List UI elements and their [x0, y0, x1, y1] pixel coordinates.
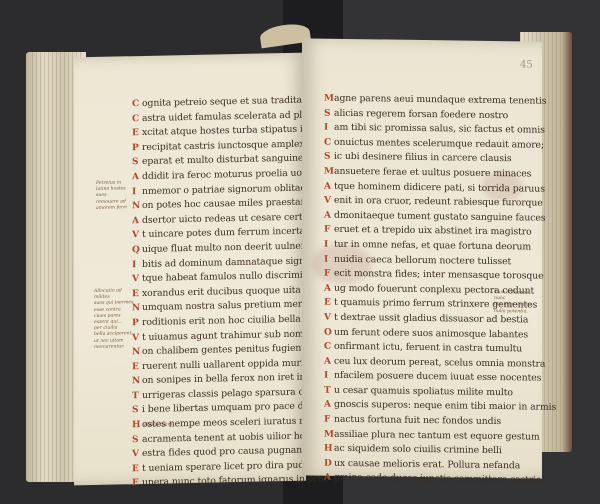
rubric-initial: F [324, 415, 334, 425]
verse-text: dsertor uicto redeas ut cesare certe [142, 211, 308, 225]
right-text-column: Magne parens aeui mundaque extrema tenen… [324, 93, 494, 489]
left-margin-gloss-1: Petreius in latine hostes suos remouere … [96, 180, 136, 212]
verse-text: tque hominem didicere pati, si torrida p… [334, 180, 545, 194]
rubric-initial: C [324, 342, 334, 352]
rubric-initial: C [132, 114, 142, 124]
verse-text: dmonitaeque tument gustato sanguine fauc… [334, 210, 545, 224]
rubric-initial: N [132, 376, 142, 386]
rubric-initial: F [324, 225, 334, 235]
rubric-initial: I [324, 240, 334, 250]
manuscript-book: Petreius in latine hostes suos remouere … [0, 0, 600, 504]
rubric-initial: H [324, 444, 334, 454]
rubric-initial: A [132, 172, 142, 182]
rubric-initial: N [132, 201, 142, 211]
rubric-initial: A [324, 400, 334, 410]
rubric-initial: P [132, 143, 142, 153]
rubric-initial: E [324, 298, 334, 308]
verse-text: eruet et a trepido uix abstinet ira magi… [334, 224, 532, 238]
verse-text: u cesar quamuis spoliatus milite multo [334, 385, 513, 398]
verse-text: ux causae melioris erat. Pollura nefanda [334, 458, 520, 472]
left-margin-gloss-2: Allocutio ad milites suos qui inermes es… [94, 288, 136, 351]
rubric-initial: S [132, 157, 142, 167]
rubric-initial: F [132, 478, 142, 488]
rubric-initial: S [132, 405, 142, 415]
rubric-initial: V [324, 196, 334, 206]
rubric-initial: S [132, 435, 142, 445]
rubric-initial: H [132, 420, 142, 430]
rubric-initial: C [324, 137, 334, 147]
rubric-initial: V [324, 313, 334, 323]
verse-text: ruerent nulli uallarent oppida muri [142, 357, 304, 371]
rubric-initial: C [132, 99, 142, 109]
folio-number: 45 [520, 59, 533, 70]
verse-text: gnoscis superos: neque enim tibi maior i… [334, 399, 556, 413]
verse-text: am tibi sic promissa salus, sic factus e… [334, 122, 545, 136]
rubric-initial: V [132, 274, 142, 284]
rubric-initial: A [324, 283, 334, 293]
gloss-line: amorem ferri [96, 205, 136, 212]
verse-text: ecit monstra fides; inter mensasque toro… [334, 268, 544, 282]
verse-text: ddidit ira feroc moturus proelia uocem [142, 167, 321, 182]
rubric-initial: A [132, 216, 142, 226]
gloss-line: mercarentur. [94, 344, 136, 351]
gloss-line: latine hostes suos [96, 186, 136, 199]
verse-text: ic ubi desinere filius in carcere clausi… [334, 151, 512, 164]
rubric-initial: I [324, 123, 334, 133]
rubric-initial: P [132, 318, 142, 328]
verse-text: tur in omne nefas, et quae fortuna deoru… [334, 239, 531, 253]
rubric-initial: I [132, 187, 142, 197]
verse-text: assiliae plura nec tantum est equore ges… [334, 428, 540, 442]
left-text-column: Cognita petreio seque et sua tradita nen… [132, 95, 307, 493]
left-page: Petreius in latine hostes suos remouere … [74, 53, 306, 486]
rubric-initial: I [132, 260, 142, 270]
rubric-initial: N [132, 347, 142, 357]
rubric-initial: V [132, 230, 142, 240]
verse-text: gmina cede duces iunctis committere cast… [334, 472, 541, 486]
verse-text: nactus fortuna fuit nec fondos undis [334, 414, 501, 427]
verse-text: ansuetere ferae et uultus posuere minace… [334, 166, 531, 180]
right-page: 45 Cum Salvianus nunc hoc ergo contra nu… [302, 38, 542, 478]
rubric-initial: M [324, 94, 334, 104]
rubric-initial: N [132, 303, 142, 313]
rubric-initial: T [132, 391, 142, 401]
rubric-initial: E [132, 464, 142, 474]
verse-text: roditionis erit non hoc ciuilia bella [142, 314, 301, 328]
verse-text: agne parens aeui mundaque extrema tenent… [334, 93, 546, 107]
verse-text: onuictus mentes scelerumque redauit amor… [334, 137, 544, 151]
verse-text: t quamuis primo ferrum strinxere gemente… [334, 297, 537, 311]
rubric-initial: O [324, 327, 334, 337]
verse-text: t ueniam sperare licet pro dira pudoris [142, 459, 322, 474]
verse-line: Agmina cede duces iunctis committere cas… [324, 472, 494, 489]
rubric-initial: E [132, 128, 142, 138]
rubric-initial: E [132, 289, 142, 299]
rubric-initial: D [324, 458, 334, 468]
rubric-initial: T [324, 386, 334, 396]
rubric-initial: A [324, 210, 334, 220]
verse-text: onfirmant ictu, feruent in castra tumult… [334, 341, 522, 355]
verse-text: ceu lux deorum pereat, scelus omnia mons… [334, 355, 545, 369]
verse-line: Funera nunc toto fatorum ignarus in orbe [132, 474, 307, 492]
verse-text: nfacilem posuere ducem iuuat esse nocent… [334, 370, 541, 384]
verse-text: nuidia caeca bellorum noctere tulisset [334, 253, 511, 266]
rubric-initial: E [132, 362, 142, 372]
rubric-initial: A [324, 356, 334, 366]
rubric-initial: V [132, 449, 142, 459]
verse-text: ac siquidem solo ciuilis crimine belli [334, 443, 502, 456]
rubric-initial: Q [132, 245, 142, 255]
rubric-initial: V [132, 333, 142, 343]
rubric-initial: F [324, 269, 334, 279]
rubric-initial: I [324, 254, 334, 264]
rubric-initial: M [324, 429, 334, 439]
verse-text: enit in ora cruor, redeunt rabiesque fur… [334, 195, 543, 209]
rubric-initial: A [324, 181, 334, 191]
rubric-initial: A [324, 473, 334, 483]
verse-text: t dextrae ussit gladius dissuasor ad bes… [334, 312, 528, 326]
verse-text: ug modo fouerunt conplexu pectora cedunt [334, 282, 534, 296]
verse-text: alicias regerem forsan foedere nostro [334, 107, 508, 120]
rubric-initial: S [324, 152, 334, 162]
rubric-initial: I [324, 371, 334, 381]
verse-text: um ferunt odere suos animosque labantes [334, 326, 528, 340]
rubric-initial: S [324, 108, 334, 118]
rubric-initial: M [324, 167, 334, 177]
